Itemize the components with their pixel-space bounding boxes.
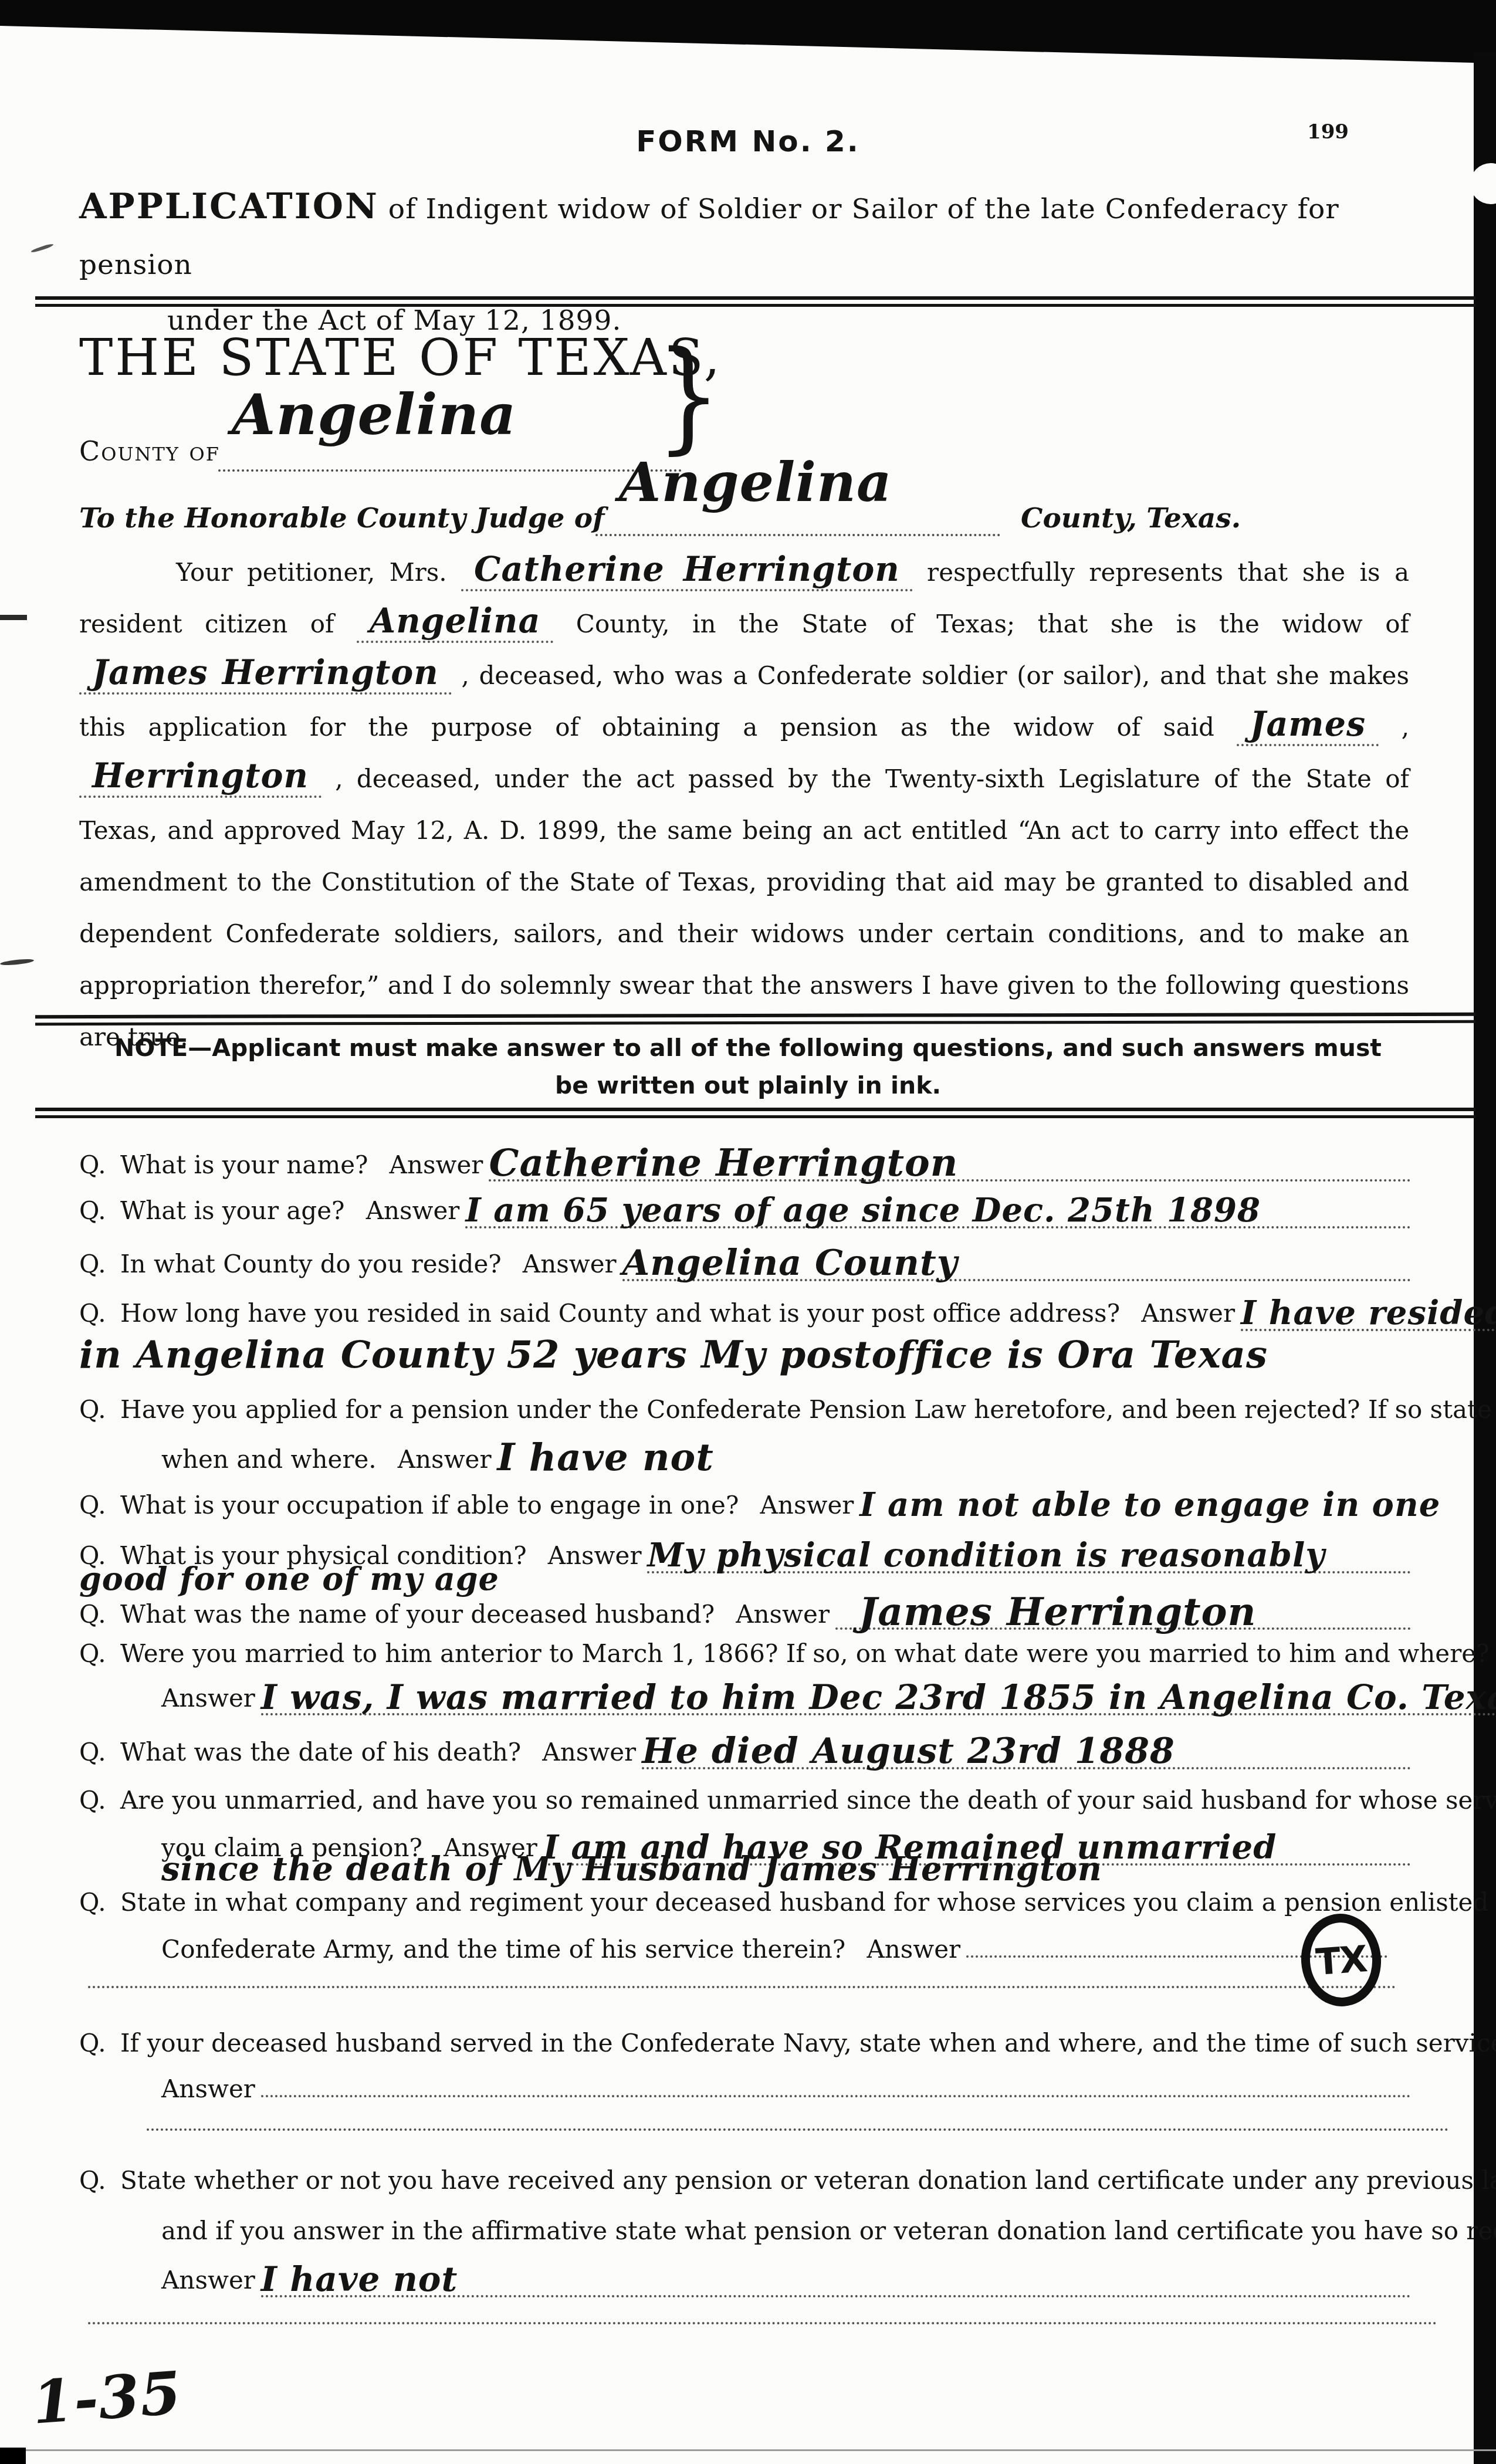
answer-handwritten: I have not (261, 2261, 458, 2297)
question-row-prior-application: Q. Have you applied for a pension under … (79, 1392, 1411, 1428)
petition-print: Your petitioner, Mrs. (176, 558, 447, 587)
answer-handwritten: I have resided (1241, 1295, 1496, 1331)
scan-bottom-edge-line (0, 2449, 1496, 2451)
scan-right-border (1474, 53, 1496, 2464)
answer-line: James Herrington (835, 1591, 1411, 1630)
petition-print: County, in the State of Texas; that she … (576, 610, 1409, 638)
question-text: What is your occupation if able to engag… (120, 1487, 739, 1524)
answer-label: Answer (161, 2262, 255, 2299)
answer-label: Answer (390, 1147, 483, 1183)
answer-handwritten: I am not able to engage in one (859, 1487, 1440, 1523)
answer-handwritten: I have not (497, 1440, 714, 1476)
answer-line-blank (261, 2095, 1411, 2097)
county-handwritten-value: Angelina (232, 381, 516, 448)
answer-label: Answer (736, 1596, 830, 1633)
question-row-name: Q. What is your name? Answer Catherine H… (79, 1143, 1411, 1183)
husband-first-name-handwritten: James (1237, 705, 1379, 746)
answer-line: He died August 23rd 1888 (642, 1731, 1411, 1769)
question-text: How long have you resided in said County… (120, 1295, 1120, 1332)
q-marker: Q. (79, 1246, 120, 1282)
petition-print: , deceased, under the act passed by the … (79, 764, 1409, 1051)
answer-handwritten: James Herrington (859, 1593, 1257, 1630)
q-marker: Q. (79, 1193, 120, 1229)
q-marker: Q. (79, 1782, 120, 1819)
question-row-navy: Q. If your deceased husband served in th… (79, 2025, 1411, 2062)
q-marker: Q. (79, 1884, 120, 1921)
question-text: In what County do you reside? (120, 1246, 502, 1282)
question-row-regiment: Q. State in what company and regiment yo… (79, 1884, 1411, 1921)
application-title: APPLICATION of Indigent widow of Soldier… (79, 179, 1402, 348)
answer-handwritten: I was, I was married to him Dec 23rd 185… (261, 1679, 1496, 1715)
question-text-continued: when and where. (161, 1441, 377, 1478)
question-text-continued: and if you answer in the affirmative sta… (161, 2213, 1496, 2249)
note-line1: NOTE—Applicant must make answer to all o… (0, 1034, 1496, 1062)
question-text: What is your name? (120, 1147, 368, 1183)
double-rule (35, 296, 1475, 308)
scan-top-border (0, 0, 1496, 66)
answer-line: I have not (261, 2259, 1411, 2297)
residence-county-handwritten: Angelina (357, 601, 553, 643)
form-number-heading: FORM No. 2. (0, 124, 1496, 158)
answer-handwritten: I am 65 years of age since Dec. 25th 189… (465, 1192, 1261, 1228)
tx-circle-stamp: TX (1298, 1911, 1385, 2009)
docket-number-handwritten: 1-35 (30, 2358, 184, 2437)
question-row-county: Q. In what County do you reside? Answer … (79, 1243, 1411, 1282)
double-rule (35, 1013, 1475, 1027)
answer-overflow-line: in Angelina County 52 years My postoffic… (79, 1336, 1411, 1374)
q-marker: Q. (79, 1295, 120, 1332)
answer-handwritten: Angelina County (622, 1245, 958, 1281)
q-marker: Q. (79, 2025, 120, 2062)
scan-artifact (0, 615, 27, 620)
answer-line: I am not able to engage in one (859, 1484, 1440, 1521)
scan-artifact (31, 243, 54, 253)
question-text: What is your age? (120, 1193, 345, 1229)
answer-label: Answer (366, 1193, 460, 1229)
q-marker: Q. (79, 1392, 120, 1428)
answer-handwritten-continued: since the death of My Husband James Herr… (161, 1850, 1102, 1888)
question-row-age: Q. What is your age? Answer I am 65 year… (79, 1190, 1411, 1229)
q-marker: Q. (79, 1734, 120, 1771)
scan-artifact (0, 958, 34, 966)
question-row-residence: Q. How long have you resided in said Cou… (79, 1292, 1411, 1332)
answer-label: Answer (760, 1487, 854, 1524)
question-row-husband-name: Q. What was the name of your deceased hu… (79, 1591, 1411, 1633)
question-text: Are you unmarried, and have you so remai… (120, 1782, 1496, 1819)
answer-handwritten: Catherine Herrington (489, 1145, 958, 1182)
addressee-county-handwritten: Angelina (619, 451, 892, 514)
scan-corner-block (0, 2448, 26, 2464)
husband-name-handwritten: James Herrington (79, 653, 452, 695)
question-row-navy-answer: Answer (79, 2071, 1411, 2107)
question-row-marriage-date: Q. Were you married to him anterior to M… (79, 1636, 1411, 1672)
application-title-lead: APPLICATION (79, 186, 379, 227)
answer-overflow-line: since the death of My Husband James Herr… (79, 1853, 1411, 1886)
question-text: State in what company and regiment your … (120, 1884, 1496, 1921)
double-rule (35, 1108, 1475, 1119)
q-marker: Q. (79, 2162, 120, 2199)
tx-stamp-label: TX (1315, 1937, 1368, 1984)
answer-label: Answer (1141, 1295, 1235, 1332)
answer-label: Answer (161, 2071, 255, 2107)
question-row-death-date: Q. What was the date of his death? Answe… (79, 1731, 1411, 1771)
q-marker: Q. (79, 1487, 120, 1524)
answer-line-blank (88, 2299, 1437, 2324)
answer-line-blank (147, 2105, 1449, 2131)
answer-line: I have not (497, 1437, 1025, 1474)
q-marker: Q. (79, 1147, 120, 1183)
question-row-prior-application-cont: when and where. Answer I have not (79, 1437, 1411, 1478)
q-marker: Q. (79, 1596, 120, 1633)
question-text: If your deceased husband served in the C… (120, 2025, 1496, 2062)
note-line2: be written out plainly in ink. (0, 1071, 1496, 1099)
state-heading: THE STATE OF TEXAS, (79, 329, 722, 387)
question-row-unmarried: Q. Are you unmarried, and have you so re… (79, 1782, 1411, 1819)
petition-print: , (1402, 713, 1409, 742)
answer-label: Answer (161, 1680, 255, 1717)
question-row-marriage-date-answer: Answer I was, I was married to him Dec 2… (79, 1677, 1411, 1717)
answer-line: Catherine Herrington (489, 1143, 1411, 1182)
answer-line: I am 65 years of age since Dec. 25th 189… (465, 1190, 1411, 1228)
answer-line-blank (88, 1962, 1396, 1988)
q-marker: Q. (79, 1636, 120, 1672)
answer-line: Angelina County (622, 1243, 1411, 1281)
question-text: Have you applied for a pension under the… (120, 1392, 1492, 1428)
answer-handwritten-continued: in Angelina County 52 years My postoffic… (79, 1333, 1268, 1377)
question-row-occupation: Q. What is your occupation if able to en… (79, 1484, 1411, 1524)
question-row-previous-pension-cont: and if you answer in the affirmative sta… (79, 2213, 1411, 2249)
question-row-previous-pension-answer: Answer I have not (79, 2259, 1411, 2299)
answer-handwritten: He died August 23rd 1888 (642, 1733, 1175, 1769)
answer-line: I was, I was married to him Dec 23rd 185… (261, 1677, 1496, 1715)
answer-line: I have resided (1241, 1292, 1496, 1331)
question-text: What was the name of your deceased husba… (120, 1596, 715, 1633)
question-row-previous-pension: Q. State whether or not you have receive… (79, 2162, 1411, 2199)
scanned-pension-form-page: 199 FORM No. 2. APPLICATION of Indigent … (0, 0, 1496, 2464)
county-label: County of (79, 435, 220, 467)
husband-surname-handwritten: Herrington (79, 756, 321, 798)
answer-label: Answer (523, 1246, 617, 1282)
addressee-prefix: To the Honorable County Judge of (79, 502, 604, 534)
petition-paragraph: Your petitioner, Mrs. Catherine Herringt… (79, 547, 1409, 1063)
answer-label: Answer (398, 1441, 492, 1478)
question-text: State whether or not you have received a… (120, 2162, 1496, 2199)
petitioner-name-handwritten: Catherine Herrington (461, 550, 913, 591)
question-text: What was the date of his death? (120, 1734, 521, 1771)
question-text: Were you married to him anterior to Marc… (120, 1636, 1490, 1672)
addressee-suffix: County, Texas. (1021, 502, 1241, 534)
answer-label: Answer (542, 1734, 636, 1771)
